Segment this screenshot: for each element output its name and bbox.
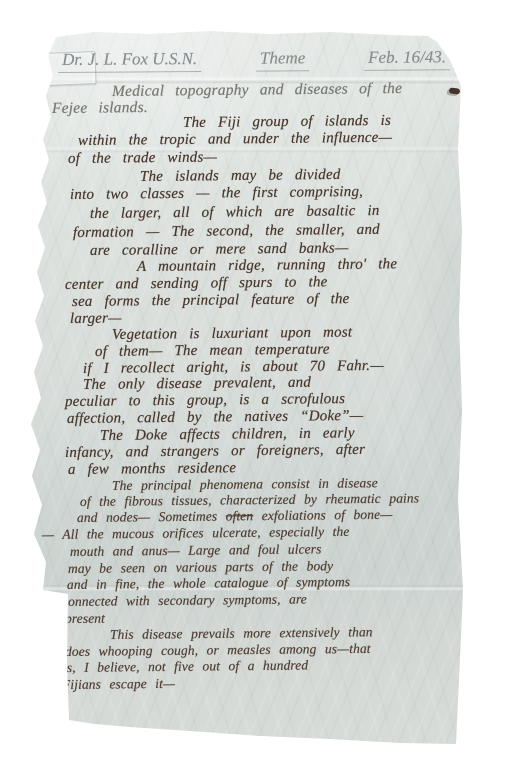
struck-word: often xyxy=(226,508,254,523)
manuscript-line: The islands may be divided xyxy=(140,167,341,186)
manuscript-line: Fejee islands. xyxy=(52,99,148,118)
manuscript-line: This disease prevails more extensively t… xyxy=(110,624,373,643)
manuscript-line: — All the mucous orifices ulcerate, espe… xyxy=(42,524,350,543)
manuscript-line: the larger, all of which are basaltic in xyxy=(90,203,380,223)
manuscript-header: Dr. J. L. Fox U.S.N. Theme Feb. 16/43. xyxy=(58,47,450,73)
manuscript-line: Fijians escape it— xyxy=(62,676,175,693)
manuscript-line: within the tropic and under the influenc… xyxy=(78,130,392,150)
header-date: Feb. 16/43. xyxy=(364,47,450,71)
line-text: exfoliations of bone— xyxy=(253,507,392,523)
manuscript-line: of the trade winds— xyxy=(68,149,217,168)
manuscript-paper: Dr. J. L. Fox U.S.N. Theme Feb. 16/43. M… xyxy=(0,0,509,770)
manuscript-line: connected with secondary symptoms, are xyxy=(62,591,307,610)
manuscript-line: infancy, and strangers or foreigners, af… xyxy=(65,442,365,462)
header-author: Dr. J. L. Fox U.S.N. xyxy=(58,49,201,73)
header-label: Theme xyxy=(256,48,309,71)
manuscript-line: sea forms the principal feature of the xyxy=(72,291,350,311)
ink-mark xyxy=(449,87,461,94)
manuscript-line: present xyxy=(65,611,105,627)
manuscript-line: Medical topography and diseases of the xyxy=(112,80,402,101)
manuscript-line: A mountain ridge, running thro' the xyxy=(137,256,397,276)
manuscript-line: larger— xyxy=(70,310,122,328)
manuscript-line: does whooping cough, or measles among us… xyxy=(65,641,371,660)
manuscript-photo: Dr. J. L. Fox U.S.N. Theme Feb. 16/43. M… xyxy=(0,0,509,770)
manuscript-line: mouth and anus— Large and foul ulcers xyxy=(70,541,322,560)
manuscript-line: is, I believe, not five out of a hundred xyxy=(63,657,308,676)
manuscript-line: formation — The second, the smaller, and xyxy=(73,222,380,242)
manuscript-line: and in fine, the whole catalogue of symp… xyxy=(67,574,350,593)
manuscript-line: into two classes — the first comprising, xyxy=(70,184,363,204)
line-text: and nodes— Sometimes xyxy=(77,508,226,525)
